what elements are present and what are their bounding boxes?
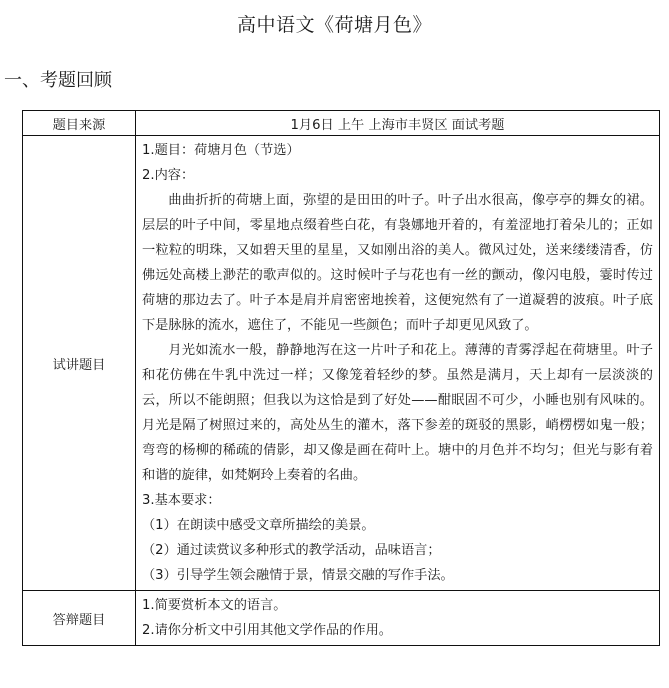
- lecture-cell: 1.题目：荷塘月色（节选） 2.内容： 曲曲折折的荷塘上面，弥望的是田田的叶子。…: [136, 136, 660, 591]
- defense-question: 1.简要赏析本文的语言。: [142, 593, 653, 618]
- requirement-item: （1）在朗读中感受文章所描绘的美景。: [142, 513, 653, 538]
- content-label: 2.内容：: [142, 163, 653, 188]
- source-label: 题目来源: [23, 111, 136, 136]
- table-row-defense: 答辩题目 1.简要赏析本文的语言。 2.请你分析文中引用其他文学作品的作用。: [23, 591, 660, 646]
- defense-label: 答辩题目: [23, 591, 136, 646]
- content-paragraph: 曲曲折折的荷塘上面，弥望的是田田的叶子。叶子出水很高，像亭亭的舞女的裙。层层的叶…: [142, 188, 653, 338]
- section-heading: 一、考题回顾: [4, 66, 112, 92]
- lecture-topic: 1.题目：荷塘月色（节选）: [142, 138, 653, 163]
- defense-question: 2.请你分析文中引用其他文学作品的作用。: [142, 618, 653, 643]
- table-row-lecture: 试讲题目 1.题目：荷塘月色（节选） 2.内容： 曲曲折折的荷塘上面，弥望的是田…: [23, 136, 660, 591]
- table-row-source: 题目来源 1月6日 上午 上海市丰贤区 面试考题: [23, 111, 660, 136]
- lecture-label: 试讲题目: [23, 136, 136, 591]
- requirement-item: （3）引导学生领会融情于景，情景交融的写作手法。: [142, 563, 653, 588]
- requirement-item: （2）通过读赏议多种形式的教学活动，品味语言；: [142, 538, 653, 563]
- defense-cell: 1.简要赏析本文的语言。 2.请你分析文中引用其他文学作品的作用。: [136, 591, 660, 646]
- content-paragraph: 月光如流水一般，静静地泻在这一片叶子和花上。薄薄的青雾浮起在荷塘里。叶子和花仿佛…: [142, 338, 653, 488]
- exam-table: 题目来源 1月6日 上午 上海市丰贤区 面试考题 试讲题目 1.题目：荷塘月色（…: [22, 110, 660, 646]
- requirements-label: 3.基本要求：: [142, 488, 653, 513]
- source-value: 1月6日 上午 上海市丰贤区 面试考题: [136, 111, 660, 136]
- page-title: 高中语文《荷塘月色》: [0, 10, 669, 37]
